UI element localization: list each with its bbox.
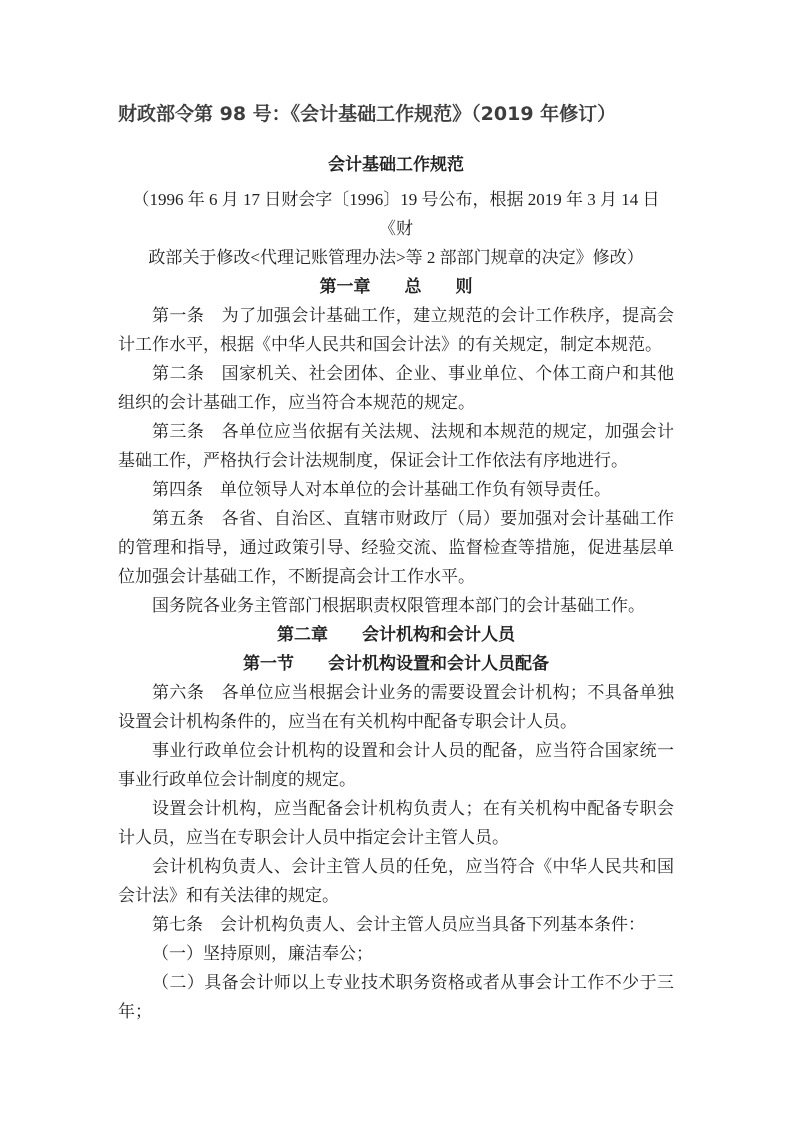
document-title: 财政部令第 98 号：《会计基础工作规范》（2019 年修订）	[118, 100, 674, 128]
revision-note: （1996 年 6 月 17 日财会字〔1996〕19 号公布，根据 2019 …	[118, 185, 674, 272]
document-page: 财政部令第 98 号：《会计基础工作规范》（2019 年修订） 会计基础工作规范…	[0, 0, 793, 1122]
article-4-paragraph: 第四条 单位领导人对本单位的会计基础工作负有领导责任。	[118, 475, 674, 504]
document-subtitle: 会计基础工作规范	[118, 150, 674, 179]
article-7-item-2: （二）具备会计师以上专业技术职务资格或者从事会计工作不少于三年；	[118, 968, 674, 1026]
article-3-paragraph: 第三条 各单位应当依据有关法规、法规和本规范的规定，加强会计基础工作，严格执行会…	[118, 417, 674, 475]
chapter-1-heading: 第一章 总 则	[118, 272, 674, 301]
article-7-item-1: （一）坚持原则，廉洁奉公；	[118, 939, 674, 968]
revision-note-line-1: （1996 年 6 月 17 日财会字〔1996〕19 号公布，根据 2019 …	[118, 185, 674, 243]
institution-setup-paragraph-1: 事业行政单位会计机构的设置和会计人员的配备，应当符合国家统一事业行政单位会计制度…	[118, 736, 674, 794]
institution-setup-paragraph-3: 会计机构负责人、会计主管人员的任免，应当符合《中华人民共和国会计法》和有关法律的…	[118, 852, 674, 910]
article-1-paragraph: 第一条 为了加强会计基础工作，建立规范的会计工作秩序，提高会计工作水平，根据《中…	[118, 301, 674, 359]
article-6-paragraph: 第六条 各单位应当根据会计业务的需要设置会计机构；不具备单独设置会计机构条件的，…	[118, 678, 674, 736]
chapter-2-heading: 第二章 会计机构和会计人员	[118, 620, 674, 649]
article-2-paragraph: 第二条 国家机关、社会团体、企业、事业单位、个体工商户和其他组织的会计基础工作，…	[118, 359, 674, 417]
article-7-paragraph: 第七条 会计机构负责人、会计主管人员应当具备下列基本条件：	[118, 910, 674, 939]
state-council-paragraph: 国务院各业务主管部门根据职责权限管理本部门的会计基础工作。	[118, 591, 674, 620]
section-1-heading: 第一节 会计机构设置和会计人员配备	[118, 649, 674, 678]
revision-note-line-2: 政部关于修改<代理记账管理办法>等 2 部部门规章的决定》修改）	[118, 243, 674, 272]
institution-setup-paragraph-2: 设置会计机构，应当配备会计机构负责人；在有关机构中配备专职会计人员，应当在专职会…	[118, 794, 674, 852]
article-5-paragraph: 第五条 各省、自治区、直辖市财政厅（局）要加强对会计基础工作的管理和指导，通过政…	[118, 504, 674, 591]
